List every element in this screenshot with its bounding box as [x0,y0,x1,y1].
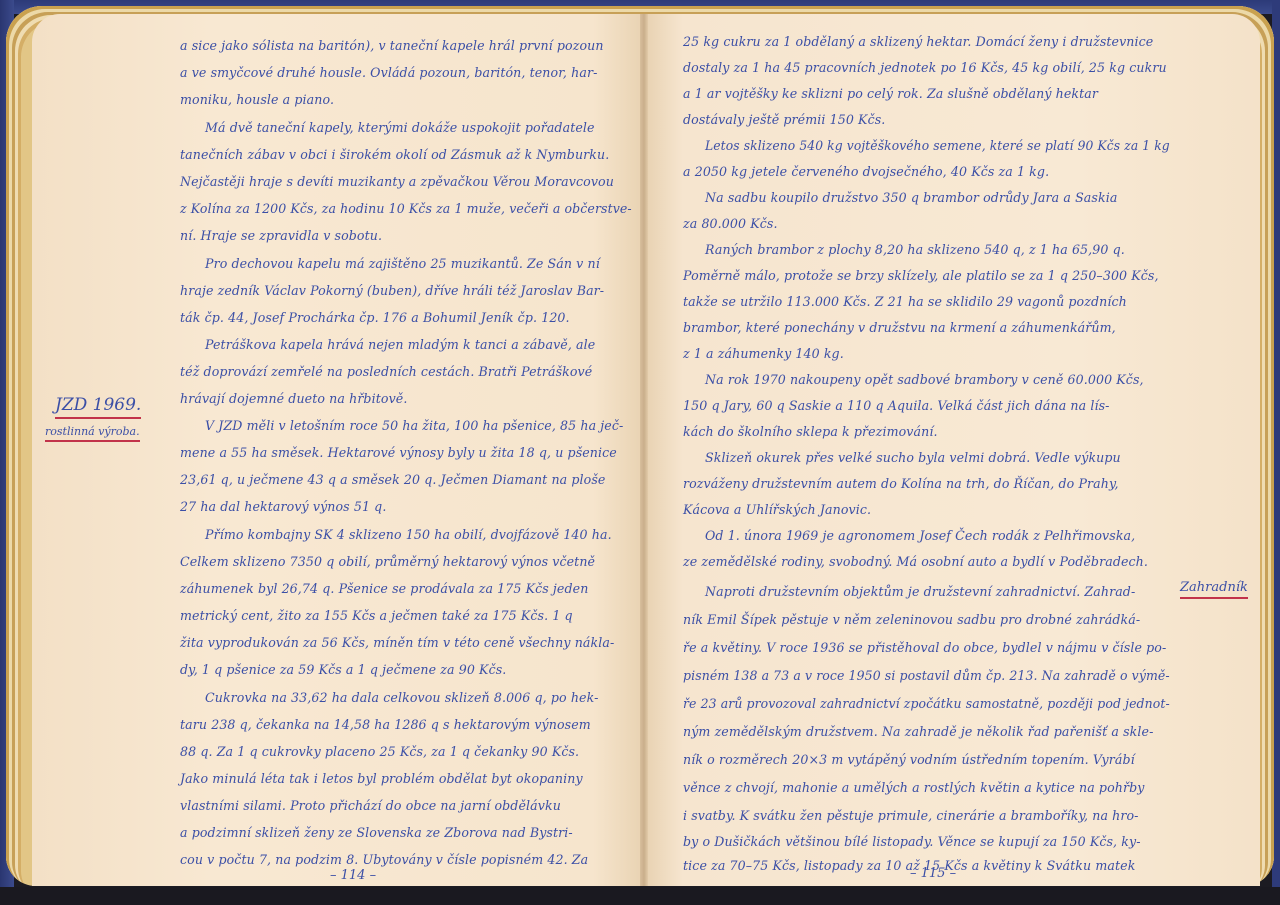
table-background [0,887,1280,905]
text-line: dy, 1 q pšenice za 59 Kčs a 1 q ječmene … [180,662,506,677]
text-line: i svatby. K svátku žen pěstuje primule, … [683,808,1139,823]
text-line: metrický cent, žito za 155 Kčs a ječmen … [180,608,573,623]
text-line: 23,61 q, u ječmene 43 q a směsek 20 q. J… [180,472,605,487]
text-line: a sice jako sólista na baritón), v taneč… [180,38,604,53]
text-line: ře 23 arů provozoval zahradnictví zpočát… [683,696,1170,711]
text-line: Petráškova kapela hrává nejen mladým k t… [205,337,595,352]
text-line: Naproti družstevním objektům je družstev… [705,584,1135,599]
text-line: a ve smyčcové druhé housle. Ovládá pozou… [180,65,597,80]
text-line: ným zemědělským družstvem. Na zahradě je… [683,724,1153,739]
page-number-left: – 114 – [330,868,376,883]
text-line: kách do školního sklepa k přezimování. [683,424,938,439]
text-line: hrávají dojemné dueto na hřbitově. [180,391,407,406]
text-line: 25 kg cukru za 1 obdělaný a sklizený hek… [683,34,1153,49]
page-number-right: – 115 – [910,866,956,881]
text-line: ře a květiny. V roce 1936 se přistěhoval… [683,640,1166,655]
text-line: hraje zedník Václav Pokorný (buben), dří… [180,283,604,298]
text-line: záhumenek byl 26,74 q. Pšenice se prodáv… [180,581,588,596]
margin-subheading-plant-production: rostlinná výroba. [45,425,140,442]
text-line: a 1 ar vojtěšky ke sklizni po celý rok. … [683,86,1098,101]
text-line: a 2050 kg jetele červeného dvojsečného, … [683,164,1049,179]
text-line: z 1 a záhumenky 140 kg. [683,346,844,361]
text-line: Poměrně málo, protože se brzy sklízely, … [683,268,1159,283]
text-line: ní. Hraje se zpravidla v sobotu. [180,228,382,243]
text-line: Cukrovka na 33,62 ha dala celkovou skliz… [205,690,598,705]
text-line: Letos sklizeno 540 kg vojtěškového semen… [705,138,1170,153]
text-line: pisném 138 a 73 a v roce 1950 si postavi… [683,668,1170,683]
text-line: tanečních zábav v obci i širokém okolí o… [180,147,609,162]
text-line: cou v počtu 7, na podzim 8. Ubytovány v … [180,852,588,867]
text-line: Jako minulá léta tak i letos byl problém… [180,771,583,786]
text-line: za 80.000 Kčs. [683,216,778,231]
text-line: ník Emil Šípek pěstuje v něm zeleninovou… [683,612,1140,627]
text-line: vlastními silami. Proto přichází do obce… [180,798,561,813]
text-line: moniku, housle a piano. [180,92,334,107]
text-line: Raných brambor z plochy 8,20 ha sklizeno… [705,242,1125,257]
text-line: z Kolína za 1200 Kčs, za hodinu 10 Kčs z… [180,201,632,216]
text-line: takže se utržilo 113.000 Kčs. Z 21 ha se… [683,294,1127,309]
text-line: Na sadbu koupilo družstvo 350 q brambor … [705,190,1117,205]
text-line: by o Dušičkách většinou bílé listopady. … [683,834,1141,849]
text-line: dostávaly ještě prémii 150 Kčs. [683,112,885,127]
text-line: Pro dechovou kapelu má zajištěno 25 muzi… [205,256,600,271]
text-line: Na rok 1970 nakoupeny opět sadbové bramb… [705,372,1144,387]
text-line: Nejčastěji hraje s devíti muzikanty a zp… [180,174,614,189]
text-line: a podzimní sklizeň ženy ze Slovenska ze … [180,825,573,840]
text-line: Sklizeň okurek přes velké sucho byla vel… [705,450,1121,465]
book-gutter [640,14,648,886]
text-line: 88 q. Za 1 q cukrovky placeno 25 Kčs, za… [180,744,579,759]
text-line: rozváženy družstevním autem do Kolína na… [683,476,1119,491]
text-line: žita vyprodukován za 56 Kčs, míněn tím v… [180,635,614,650]
text-line: 150 q Jary, 60 q Saskie a 110 q Aquila. … [683,398,1110,413]
text-line: 27 ha dal hektarový výnos 51 q. [180,499,386,514]
text-line: Kácova a Uhlířských Janovic. [683,502,871,517]
text-line: ták čp. 44, Josef Prochárka čp. 176 a Bo… [180,310,570,325]
text-line: V JZD měli v letošním roce 50 ha žita, 1… [205,418,623,433]
margin-heading-gardener: Zahradník [1180,580,1248,599]
text-line: Celkem sklizeno 7350 q obilí, průměrný h… [180,554,595,569]
text-line: ze zemědělské rodiny, svobodný. Má osobn… [683,554,1148,569]
text-line: též doprovází zemřelé na posledních cest… [180,364,592,379]
text-line: Od 1. února 1969 je agronomem Josef Čech… [705,528,1135,543]
text-line: Má dvě taneční kapely, kterými dokáže us… [205,120,595,135]
text-line: ník o rozměrech 20×3 m vytápěný vodním ú… [683,752,1135,767]
text-line: dostaly za 1 ha 45 pracovních jednotek p… [683,60,1167,75]
margin-heading-jzd-1969: JZD 1969. [55,395,141,419]
text-line: věnce z chvojí, mahonie a umělých a rost… [683,780,1144,795]
text-line: mene a 55 ha směsek. Hektarové výnosy by… [180,445,617,460]
text-line: taru 238 q, čekanka na 14,58 ha 1286 q s… [180,717,591,732]
text-line: Přímo kombajny SK 4 sklizeno 150 ha obil… [205,527,612,542]
text-line: brambor, které ponechány v družstvu na k… [683,320,1116,335]
